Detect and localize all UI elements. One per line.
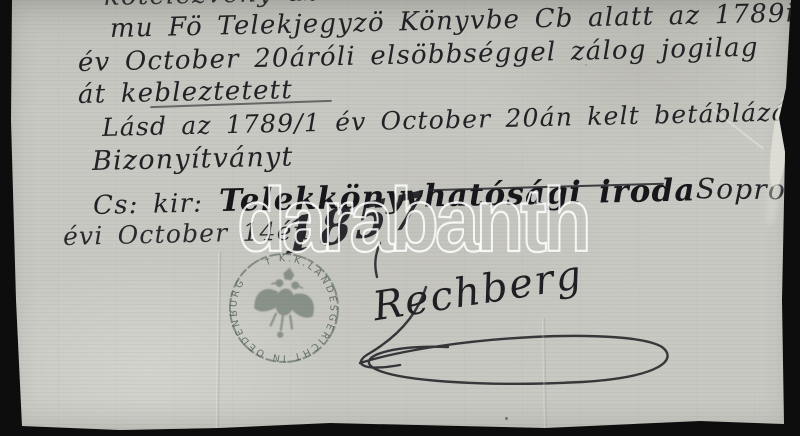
signature-flourish (330, 235, 700, 400)
handwriting-line-6: Bizonyítványt (92, 141, 294, 177)
office-line-place: Soprony (695, 172, 800, 207)
paper-speck (505, 417, 508, 420)
date-line: évi October 14én (63, 216, 311, 251)
fold-crease-left (216, 252, 221, 430)
handwriting-line-4: át kebleztetett (78, 75, 294, 110)
document-paper: kötelezvény az illető úr birtokába ily m… (0, 0, 800, 436)
photo-backdrop: kötelezvény az illető úr birtokába ily m… (0, 0, 800, 436)
double-headed-eagle-icon (251, 264, 319, 341)
office-line-prefix: Cs: kir: (93, 189, 204, 221)
